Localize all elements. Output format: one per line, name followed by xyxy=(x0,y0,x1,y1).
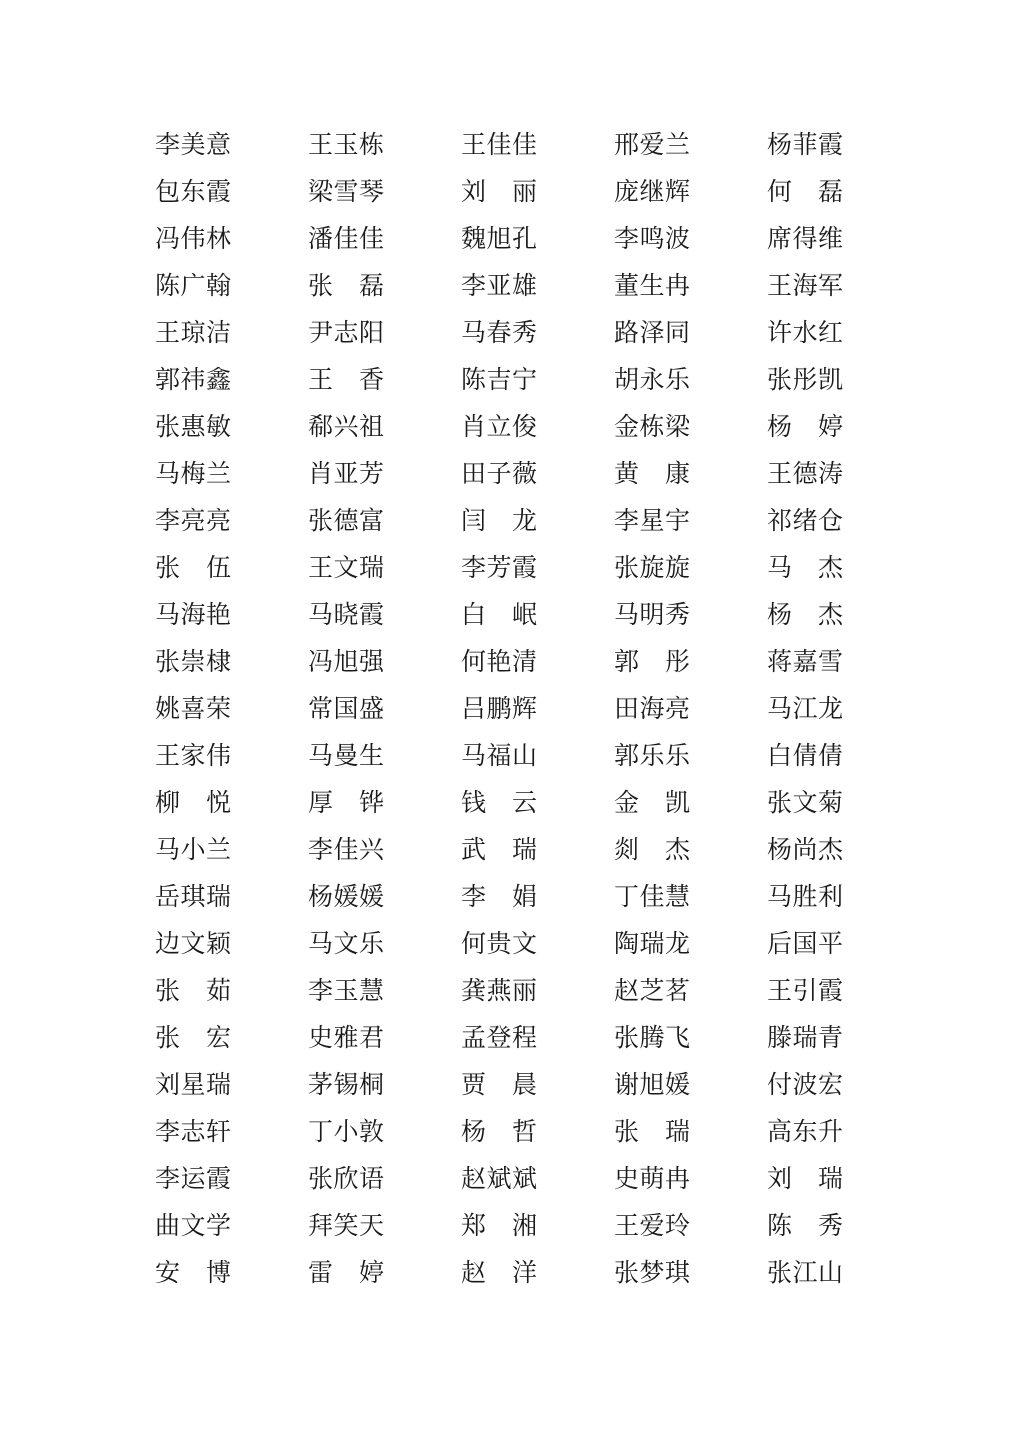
name-cell: 姚喜荣 xyxy=(155,683,231,730)
name-cell: 王德涛 xyxy=(767,448,843,495)
person-name: 白倩倩 xyxy=(767,736,843,772)
name-cell: 蒋嘉雪 xyxy=(767,636,843,683)
person-name: 丁小敦 xyxy=(308,1112,384,1148)
name-cell: 魏旭孔 xyxy=(461,213,537,260)
person-name: 张瑞 xyxy=(614,1112,690,1148)
name-cell: 庞继辉 xyxy=(614,166,690,213)
person-name: 梁雪琴 xyxy=(308,172,384,208)
name-cell: 肖立俊 xyxy=(461,401,537,448)
person-name: 潘佳佳 xyxy=(308,219,384,255)
person-name: 席得维 xyxy=(767,219,843,255)
person-name: 冯伟林 xyxy=(155,219,231,255)
name-cell: 张宏 xyxy=(155,1012,231,1059)
person-name: 丁佳慧 xyxy=(614,877,690,913)
person-name: 王海军 xyxy=(767,266,843,302)
person-name: 王爱玲 xyxy=(614,1206,690,1242)
person-name: 李亚雄 xyxy=(461,266,537,302)
person-name: 马小兰 xyxy=(155,830,231,866)
person-name: 刘丽 xyxy=(461,172,537,208)
person-name: 杨媛媛 xyxy=(308,877,384,913)
person-name: 马明秀 xyxy=(614,595,690,631)
person-name: 李芳霞 xyxy=(461,548,537,584)
name-cell: 张瑞 xyxy=(614,1106,690,1153)
person-name: 包东霞 xyxy=(155,172,231,208)
name-cell: 赵洋 xyxy=(461,1247,537,1294)
person-name: 安博 xyxy=(155,1253,231,1289)
person-name: 杨菲霞 xyxy=(767,125,843,161)
name-cell: 杨菲霞 xyxy=(767,119,843,166)
person-name: 魏旭孔 xyxy=(461,219,537,255)
name-cell: 李鸣波 xyxy=(614,213,690,260)
person-name: 史萌冉 xyxy=(614,1159,690,1195)
person-name: 钱云 xyxy=(461,783,537,819)
person-name: 张宏 xyxy=(155,1018,231,1054)
name-cell: 尹志阳 xyxy=(308,307,384,354)
person-name: 剡杰 xyxy=(614,830,690,866)
person-name: 胡永乐 xyxy=(614,360,690,396)
person-name: 高东升 xyxy=(767,1112,843,1148)
person-name: 肖立俊 xyxy=(461,407,537,443)
name-cell: 李志轩 xyxy=(155,1106,231,1153)
name-cell: 金凯 xyxy=(614,777,690,824)
name-cell: 张磊 xyxy=(308,260,384,307)
person-name: 张磊 xyxy=(308,266,384,302)
person-name: 张崇棣 xyxy=(155,642,231,678)
name-cell: 许水红 xyxy=(767,307,843,354)
person-name: 庞继辉 xyxy=(614,172,690,208)
person-name: 张欣语 xyxy=(308,1159,384,1195)
person-name: 陈吉宁 xyxy=(461,360,537,396)
name-cell: 王玉栋 xyxy=(308,119,384,166)
name-cell: 谢旭媛 xyxy=(614,1059,690,1106)
name-cell: 董生冉 xyxy=(614,260,690,307)
name-cell: 冯旭强 xyxy=(308,636,384,683)
person-name: 路泽同 xyxy=(614,313,690,349)
person-name: 王引霞 xyxy=(767,971,843,1007)
person-name: 柳悦 xyxy=(155,783,231,819)
person-name: 张伍 xyxy=(155,548,231,584)
person-name: 祁绪仓 xyxy=(767,501,843,537)
name-cell: 赵斌斌 xyxy=(461,1153,537,1200)
name-cell: 郭乐乐 xyxy=(614,730,690,777)
person-name: 杨婷 xyxy=(767,407,843,443)
name-cell: 李星宇 xyxy=(614,495,690,542)
name-cell: 王文瑞 xyxy=(308,542,384,589)
name-cell: 马曼生 xyxy=(308,730,384,777)
person-name: 李运霞 xyxy=(155,1159,231,1195)
name-cell: 岳琪瑞 xyxy=(155,871,231,918)
name-cell: 马杰 xyxy=(767,542,843,589)
person-name: 田子薇 xyxy=(461,454,537,490)
name-cell: 王家伟 xyxy=(155,730,231,777)
person-name: 李美意 xyxy=(155,125,231,161)
person-name: 许水红 xyxy=(767,313,843,349)
name-cell: 李佳兴 xyxy=(308,824,384,871)
person-name: 李亮亮 xyxy=(155,501,231,537)
person-name: 杨哲 xyxy=(461,1112,537,1148)
name-cell: 马晓霞 xyxy=(308,589,384,636)
person-name: 常国盛 xyxy=(308,689,384,725)
person-name: 田海亮 xyxy=(614,689,690,725)
name-cell: 李亮亮 xyxy=(155,495,231,542)
name-cell: 史萌冉 xyxy=(614,1153,690,1200)
name-cell: 李美意 xyxy=(155,119,231,166)
name-cell: 张文菊 xyxy=(767,777,843,824)
name-cell: 冯伟林 xyxy=(155,213,231,260)
name-cell: 后国平 xyxy=(767,918,843,965)
name-cell: 白岷 xyxy=(461,589,537,636)
name-roster-grid: 李美意王玉栋王佳佳邢爱兰杨菲霞包东霞梁雪琴刘丽庞继辉何磊冯伟林潘佳佳魏旭孔李鸣波… xyxy=(155,119,843,1294)
name-cell: 祁绪仓 xyxy=(767,495,843,542)
person-name: 蒋嘉雪 xyxy=(767,642,843,678)
person-name: 郗兴祖 xyxy=(308,407,384,443)
name-cell: 郑湘 xyxy=(461,1200,537,1247)
name-cell: 付波宏 xyxy=(767,1059,843,1106)
name-cell: 何贵文 xyxy=(461,918,537,965)
name-cell: 郭彤 xyxy=(614,636,690,683)
person-name: 滕瑞青 xyxy=(767,1018,843,1054)
name-cell: 张崇棣 xyxy=(155,636,231,683)
person-name: 郭乐乐 xyxy=(614,736,690,772)
person-name: 张文菊 xyxy=(767,783,843,819)
person-name: 付波宏 xyxy=(767,1065,843,1101)
person-name: 张德富 xyxy=(308,501,384,537)
person-name: 董生冉 xyxy=(614,266,690,302)
name-cell: 丁佳慧 xyxy=(614,871,690,918)
name-cell: 肖亚芳 xyxy=(308,448,384,495)
name-cell: 常国盛 xyxy=(308,683,384,730)
name-cell: 马梅兰 xyxy=(155,448,231,495)
person-name: 金凯 xyxy=(614,783,690,819)
name-cell: 曲文学 xyxy=(155,1200,231,1247)
name-cell: 胡永乐 xyxy=(614,354,690,401)
name-cell: 安博 xyxy=(155,1247,231,1294)
person-name: 张茹 xyxy=(155,971,231,1007)
person-name: 郭彤 xyxy=(614,642,690,678)
person-name: 赵斌斌 xyxy=(461,1159,537,1195)
name-cell: 闫龙 xyxy=(461,495,537,542)
name-cell: 邢爱兰 xyxy=(614,119,690,166)
person-name: 谢旭媛 xyxy=(614,1065,690,1101)
person-name: 黄康 xyxy=(614,454,690,490)
person-name: 张腾飞 xyxy=(614,1018,690,1054)
document-page: 李美意王玉栋王佳佳邢爱兰杨菲霞包东霞梁雪琴刘丽庞继辉何磊冯伟林潘佳佳魏旭孔李鸣波… xyxy=(0,0,1024,1448)
name-cell: 黄康 xyxy=(614,448,690,495)
name-cell: 白倩倩 xyxy=(767,730,843,777)
person-name: 王玉栋 xyxy=(308,125,384,161)
person-name: 郑湘 xyxy=(461,1206,537,1242)
person-name: 尹志阳 xyxy=(308,313,384,349)
person-name: 王琼洁 xyxy=(155,313,231,349)
person-name: 王家伟 xyxy=(155,736,231,772)
person-name: 张旋旋 xyxy=(614,548,690,584)
name-cell: 杨杰 xyxy=(767,589,843,636)
name-cell: 茅锡桐 xyxy=(308,1059,384,1106)
person-name: 李佳兴 xyxy=(308,830,384,866)
person-name: 武瑞 xyxy=(461,830,537,866)
name-cell: 马明秀 xyxy=(614,589,690,636)
person-name: 赵芝茗 xyxy=(614,971,690,1007)
person-name: 王香 xyxy=(308,360,384,396)
name-cell: 张旋旋 xyxy=(614,542,690,589)
person-name: 史雅君 xyxy=(308,1018,384,1054)
name-cell: 马福山 xyxy=(461,730,537,777)
person-name: 孟登程 xyxy=(461,1018,537,1054)
name-cell: 孟登程 xyxy=(461,1012,537,1059)
person-name: 陶瑞龙 xyxy=(614,924,690,960)
person-name: 后国平 xyxy=(767,924,843,960)
name-cell: 滕瑞青 xyxy=(767,1012,843,1059)
person-name: 曲文学 xyxy=(155,1206,231,1242)
person-name: 马胜利 xyxy=(767,877,843,913)
person-name: 李志轩 xyxy=(155,1112,231,1148)
name-cell: 马文乐 xyxy=(308,918,384,965)
name-cell: 丁小敦 xyxy=(308,1106,384,1153)
name-cell: 陈吉宁 xyxy=(461,354,537,401)
person-name: 李星宇 xyxy=(614,501,690,537)
name-cell: 马海艳 xyxy=(155,589,231,636)
name-cell: 田子薇 xyxy=(461,448,537,495)
person-name: 刘瑞 xyxy=(767,1159,843,1195)
name-cell: 李芳霞 xyxy=(461,542,537,589)
name-cell: 高东升 xyxy=(767,1106,843,1153)
name-cell: 张茹 xyxy=(155,965,231,1012)
person-name: 边文颖 xyxy=(155,924,231,960)
person-name: 闫龙 xyxy=(461,501,537,537)
person-name: 何磊 xyxy=(767,172,843,208)
name-cell: 马小兰 xyxy=(155,824,231,871)
name-cell: 李玉慧 xyxy=(308,965,384,1012)
name-cell: 剡杰 xyxy=(614,824,690,871)
name-cell: 何磊 xyxy=(767,166,843,213)
name-cell: 杨媛媛 xyxy=(308,871,384,918)
person-name: 张江山 xyxy=(767,1253,843,1289)
name-cell: 陈广翰 xyxy=(155,260,231,307)
name-cell: 陶瑞龙 xyxy=(614,918,690,965)
name-cell: 马江龙 xyxy=(767,683,843,730)
person-name: 郭祎鑫 xyxy=(155,360,231,396)
person-name: 马曼生 xyxy=(308,736,384,772)
name-cell: 钱云 xyxy=(461,777,537,824)
name-cell: 王海军 xyxy=(767,260,843,307)
person-name: 金栋梁 xyxy=(614,407,690,443)
person-name: 马福山 xyxy=(461,736,537,772)
name-cell: 王引霞 xyxy=(767,965,843,1012)
person-name: 拜笑天 xyxy=(308,1206,384,1242)
name-cell: 陈秀 xyxy=(767,1200,843,1247)
name-cell: 拜笑天 xyxy=(308,1200,384,1247)
name-cell: 张德富 xyxy=(308,495,384,542)
name-cell: 张伍 xyxy=(155,542,231,589)
person-name: 肖亚芳 xyxy=(308,454,384,490)
person-name: 冯旭强 xyxy=(308,642,384,678)
name-cell: 李运霞 xyxy=(155,1153,231,1200)
name-cell: 潘佳佳 xyxy=(308,213,384,260)
person-name: 张惠敏 xyxy=(155,407,231,443)
name-cell: 厚铧 xyxy=(308,777,384,824)
person-name: 杨杰 xyxy=(767,595,843,631)
person-name: 茅锡桐 xyxy=(308,1065,384,1101)
name-cell: 马春秀 xyxy=(461,307,537,354)
name-cell: 刘星瑞 xyxy=(155,1059,231,1106)
person-name: 贾晨 xyxy=(461,1065,537,1101)
name-cell: 田海亮 xyxy=(614,683,690,730)
person-name: 李玉慧 xyxy=(308,971,384,1007)
name-cell: 郗兴祖 xyxy=(308,401,384,448)
person-name: 陈秀 xyxy=(767,1206,843,1242)
person-name: 雷婷 xyxy=(308,1253,384,1289)
person-name: 王德涛 xyxy=(767,454,843,490)
person-name: 张梦琪 xyxy=(614,1253,690,1289)
person-name: 杨尚杰 xyxy=(767,830,843,866)
name-cell: 杨婷 xyxy=(767,401,843,448)
name-cell: 何艳清 xyxy=(461,636,537,683)
name-cell: 张惠敏 xyxy=(155,401,231,448)
name-cell: 龚燕丽 xyxy=(461,965,537,1012)
name-cell: 郭祎鑫 xyxy=(155,354,231,401)
name-cell: 刘丽 xyxy=(461,166,537,213)
person-name: 厚铧 xyxy=(308,783,384,819)
person-name: 姚喜荣 xyxy=(155,689,231,725)
name-cell: 席得维 xyxy=(767,213,843,260)
name-cell: 张梦琪 xyxy=(614,1247,690,1294)
person-name: 邢爱兰 xyxy=(614,125,690,161)
person-name: 刘星瑞 xyxy=(155,1065,231,1101)
name-cell: 赵芝茗 xyxy=(614,965,690,1012)
name-cell: 雷婷 xyxy=(308,1247,384,1294)
person-name: 马杰 xyxy=(767,548,843,584)
name-cell: 吕鹏辉 xyxy=(461,683,537,730)
person-name: 龚燕丽 xyxy=(461,971,537,1007)
name-cell: 杨哲 xyxy=(461,1106,537,1153)
person-name: 吕鹏辉 xyxy=(461,689,537,725)
name-cell: 张欣语 xyxy=(308,1153,384,1200)
name-cell: 史雅君 xyxy=(308,1012,384,1059)
person-name: 马梅兰 xyxy=(155,454,231,490)
name-cell: 李娟 xyxy=(461,871,537,918)
name-cell: 李亚雄 xyxy=(461,260,537,307)
person-name: 赵洋 xyxy=(461,1253,537,1289)
name-cell: 路泽同 xyxy=(614,307,690,354)
name-cell: 王琼洁 xyxy=(155,307,231,354)
name-cell: 刘瑞 xyxy=(767,1153,843,1200)
person-name: 陈广翰 xyxy=(155,266,231,302)
name-cell: 张腾飞 xyxy=(614,1012,690,1059)
person-name: 何贵文 xyxy=(461,924,537,960)
name-cell: 贾晨 xyxy=(461,1059,537,1106)
person-name: 马春秀 xyxy=(461,313,537,349)
person-name: 马文乐 xyxy=(308,924,384,960)
name-cell: 梁雪琴 xyxy=(308,166,384,213)
name-cell: 张彤凯 xyxy=(767,354,843,401)
person-name: 何艳清 xyxy=(461,642,537,678)
person-name: 王佳佳 xyxy=(461,125,537,161)
name-cell: 金栋梁 xyxy=(614,401,690,448)
person-name: 马江龙 xyxy=(767,689,843,725)
person-name: 张彤凯 xyxy=(767,360,843,396)
person-name: 白岷 xyxy=(461,595,537,631)
name-cell: 王香 xyxy=(308,354,384,401)
name-cell: 边文颖 xyxy=(155,918,231,965)
name-cell: 张江山 xyxy=(767,1247,843,1294)
person-name: 王文瑞 xyxy=(308,548,384,584)
name-cell: 柳悦 xyxy=(155,777,231,824)
name-cell: 武瑞 xyxy=(461,824,537,871)
name-cell: 包东霞 xyxy=(155,166,231,213)
person-name: 李鸣波 xyxy=(614,219,690,255)
person-name: 马晓霞 xyxy=(308,595,384,631)
name-cell: 杨尚杰 xyxy=(767,824,843,871)
name-cell: 王爱玲 xyxy=(614,1200,690,1247)
name-cell: 王佳佳 xyxy=(461,119,537,166)
person-name: 岳琪瑞 xyxy=(155,877,231,913)
name-cell: 马胜利 xyxy=(767,871,843,918)
person-name: 马海艳 xyxy=(155,595,231,631)
person-name: 李娟 xyxy=(461,877,537,913)
